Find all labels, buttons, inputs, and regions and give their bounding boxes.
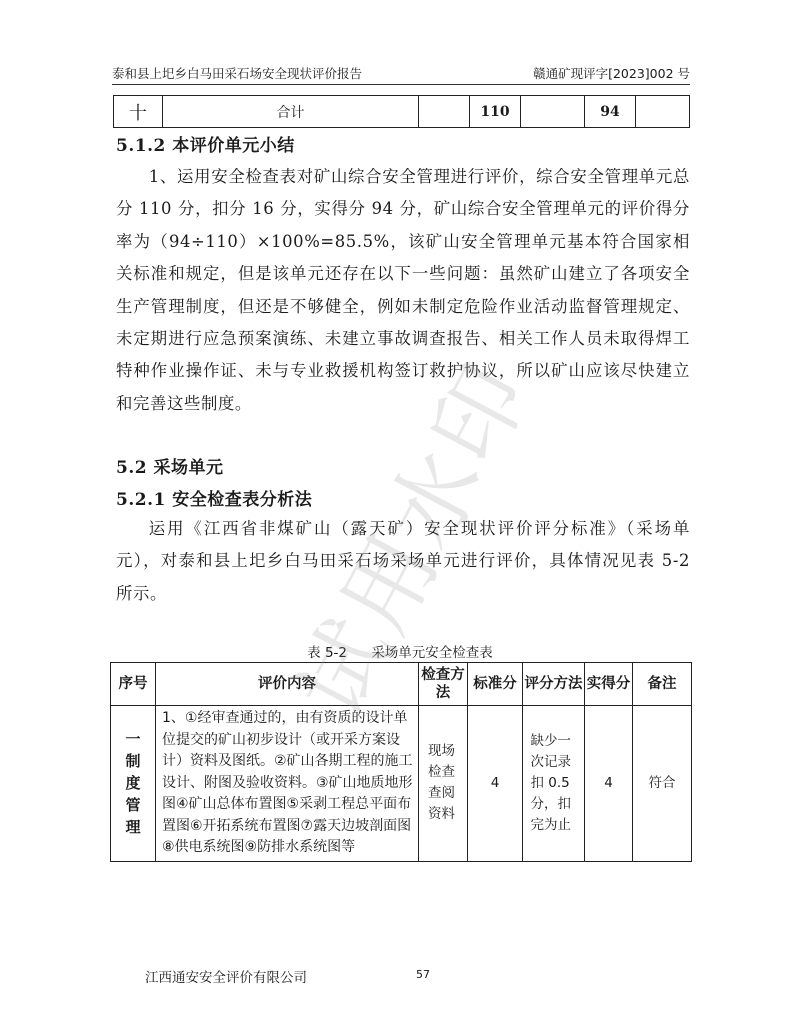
table-row: 一制度管理 1、①经审查通过的，由有资质的设计单位提交的矿山初步设计（或开采方案…	[111, 706, 692, 862]
header-method: 检查方法	[419, 663, 468, 706]
cell-content: 1、①经审查通过的，由有资质的设计单位提交的矿山初步设计（或开采方案设计）资料及…	[156, 706, 419, 862]
table-cell-label: 合计	[163, 96, 419, 128]
page-header: 泰和县上圯乡白马田采石场安全现状评价报告 赣通矿现评字[2023]002 号	[112, 62, 690, 85]
cell-seq: 一制度管理	[111, 706, 156, 862]
header-remark: 备注	[633, 663, 692, 706]
summary-table: 十 合计 110 94	[113, 95, 690, 128]
footer-company: 江西通安安全评价有限公司	[145, 966, 307, 986]
header-standard-score: 标准分	[468, 663, 523, 706]
table-caption: 表 5-2 采场单元安全检查表	[0, 641, 800, 661]
table-cell-standard-total: 110	[470, 96, 521, 128]
check-table: 序号 评价内容 检查方法 标准分 评分方法 实得分 备注 一制度管理 1、①经审…	[110, 662, 692, 862]
header-actual-score: 实得分	[585, 663, 633, 706]
scoring-text: 缺少一次记录扣 0.5 分，扣完为止	[531, 731, 577, 836]
table-row: 十 合计 110 94	[114, 96, 690, 128]
document-number: 赣通矿现评字[2023]002 号	[533, 64, 690, 82]
cell-standard-score: 4	[468, 706, 523, 862]
table-cell-method	[419, 96, 470, 128]
header-content: 评价内容	[156, 663, 419, 706]
seq-text: 一制度管理	[125, 728, 141, 838]
cell-scoring-method: 缺少一次记录扣 0.5 分，扣完为止	[523, 706, 585, 862]
cell-method: 现场检查查阅资料	[419, 706, 468, 862]
method-text: 现场检查查阅资料	[428, 741, 458, 825]
table-cell-remark	[636, 96, 690, 128]
method-paragraph: 运用《江西省非煤矿山（露天矿）安全现状评价评分标准》（采场单元），对泰和县上圯乡…	[116, 513, 690, 610]
header-scoring-method: 评分方法	[523, 663, 585, 706]
summary-paragraph: 1、运用安全检查表对矿山综合安全管理进行评价，综合安全管理单元总分 110 分，…	[116, 161, 690, 420]
section-heading-5-2-1: 5.2.1 安全检查表分析法	[116, 485, 312, 510]
section-5-1-2-paragraph: 1、运用安全检查表对矿山综合安全管理进行评价，综合安全管理单元总分 110 分，…	[116, 161, 690, 420]
section-heading-5-1-2: 5.1.2 本评价单元小结	[116, 131, 295, 156]
report-title: 泰和县上圯乡白马田采石场安全现状评价报告	[112, 64, 362, 82]
section-heading-5-2: 5.2 采场单元	[116, 453, 224, 478]
table-title: 采场单元安全检查表	[371, 645, 493, 661]
section-5-2-1-paragraph: 运用《江西省非煤矿山（露天矿）安全现状评价评分标准》（采场单元），对泰和县上圯乡…	[116, 513, 690, 610]
table-header-row: 序号 评价内容 检查方法 标准分 评分方法 实得分 备注	[111, 663, 692, 706]
cell-actual-score: 4	[585, 706, 633, 862]
table-cell-seq: 十	[114, 96, 163, 128]
table-number: 表 5-2	[307, 645, 347, 661]
cell-remark: 符合	[633, 706, 692, 862]
header-seq: 序号	[111, 663, 156, 706]
table-cell-scoring	[521, 96, 585, 128]
page-number: 57	[416, 968, 430, 981]
table-cell-actual-total: 94	[585, 96, 636, 128]
